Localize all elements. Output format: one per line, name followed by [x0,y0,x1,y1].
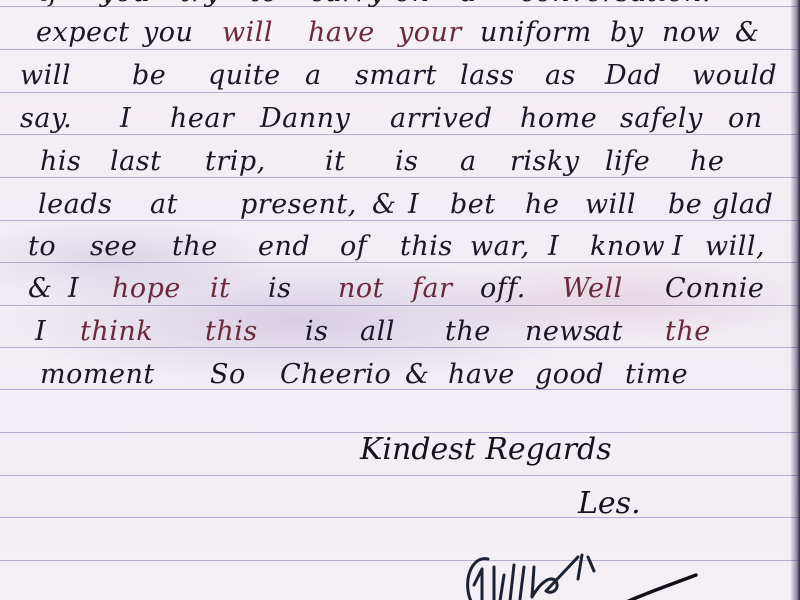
letter-page: if you try to carry on a conversation. e… [0,0,800,600]
letter-line-7: to see the end of this war, I know I wil… [0,224,800,266]
letter-line-9: I think this is all the news at the [0,309,800,351]
word: this [400,231,453,262]
word: I [120,103,131,134]
word: his [40,146,81,177]
word: conversation. [520,0,711,8]
word: a [460,0,477,8]
word: if [40,0,60,8]
word: quite [208,60,281,91]
word: I [408,189,419,220]
word: have [308,17,375,48]
word: say. [20,103,72,134]
word: to [28,231,56,262]
page-edge-shadow [790,0,800,600]
word: you [143,17,193,48]
word: uniform [480,17,592,48]
word: have [448,359,515,390]
word: is [268,273,292,304]
word: glad [712,189,773,220]
letter-line-10: moment So Cheerio & have good time [0,352,800,394]
word: risky [510,146,580,177]
word: last [110,146,161,177]
word: life [605,146,650,177]
word: your [398,17,462,48]
word: be [668,189,702,220]
word: Connie [665,273,764,304]
letter-line-8: & I hope it is not far off. Well Connie [0,266,800,308]
word: Cheerio [280,359,391,390]
word: news [525,316,597,347]
word: on [728,103,763,134]
word: will [222,17,273,48]
letter-line-2: expect you will have your uniform by now… [0,10,800,52]
word: & [372,189,397,220]
word: is [305,316,329,347]
word: he [525,189,559,220]
word: by [610,17,644,48]
word: now [662,17,720,48]
word: moment [40,359,155,390]
word: the [172,231,218,262]
word: trip, [205,146,266,177]
word: the [445,316,491,347]
word: see [90,231,137,262]
word: expect [36,17,129,48]
word: I [548,231,559,262]
word: it [325,146,346,177]
word: safely [620,103,703,134]
word: will [20,60,71,91]
word: smart [355,60,437,91]
word: carry [310,0,385,8]
word: it [210,273,231,304]
word: on [395,0,430,8]
word: the [665,316,711,347]
word: to [250,0,278,8]
word: I [672,231,683,262]
word: he [690,146,724,177]
word: I [35,316,46,347]
word: a [305,60,322,91]
word: all [360,316,395,347]
word: of [340,231,367,262]
word: Dad [605,60,662,91]
word: home [520,103,597,134]
ruled-line [0,517,800,518]
word: present, [240,189,357,220]
word: off. [480,273,526,304]
word: So [210,359,246,390]
word: is [395,146,419,177]
word: I [68,273,79,304]
word: Danny [260,103,350,134]
word: end [258,231,310,262]
word: far [412,273,453,304]
word: good [535,359,604,390]
word: lass [460,60,514,91]
word: will, [705,231,765,262]
word: war, [470,231,530,262]
signature-scrawl-icon [460,545,700,600]
word: a [460,146,477,177]
word: time [625,359,688,390]
word: hope [112,273,181,304]
word: be [132,60,166,91]
word: think [80,316,153,347]
word: arrived [390,103,493,134]
word: & [735,17,760,48]
word: will [585,189,636,220]
word: & [28,273,53,304]
word: hear [170,103,234,134]
signature-name: Les. [578,486,641,521]
word: know [590,231,665,262]
word: try [180,0,221,8]
word: at [150,189,178,220]
letter-line-4: say. I hear Danny arrived home safely on [0,96,800,138]
word: & [405,359,430,390]
letter-line-3: will be quite a smart lass as Dad would [0,53,800,95]
closing-text: Kindest Regards [360,432,612,467]
word: as [545,60,576,91]
word: would [692,60,777,91]
word: bet [450,189,496,220]
word: Well [562,273,623,304]
letter-line-6: leads at present, & I bet he will be gla… [0,182,800,224]
word: at [595,316,623,347]
letter-line-5: his last trip, it is a risky life he [0,139,800,181]
word: leads [38,189,112,220]
word: this [205,316,258,347]
word: not [338,273,384,304]
ruled-line [0,475,800,476]
word: you [100,0,150,8]
